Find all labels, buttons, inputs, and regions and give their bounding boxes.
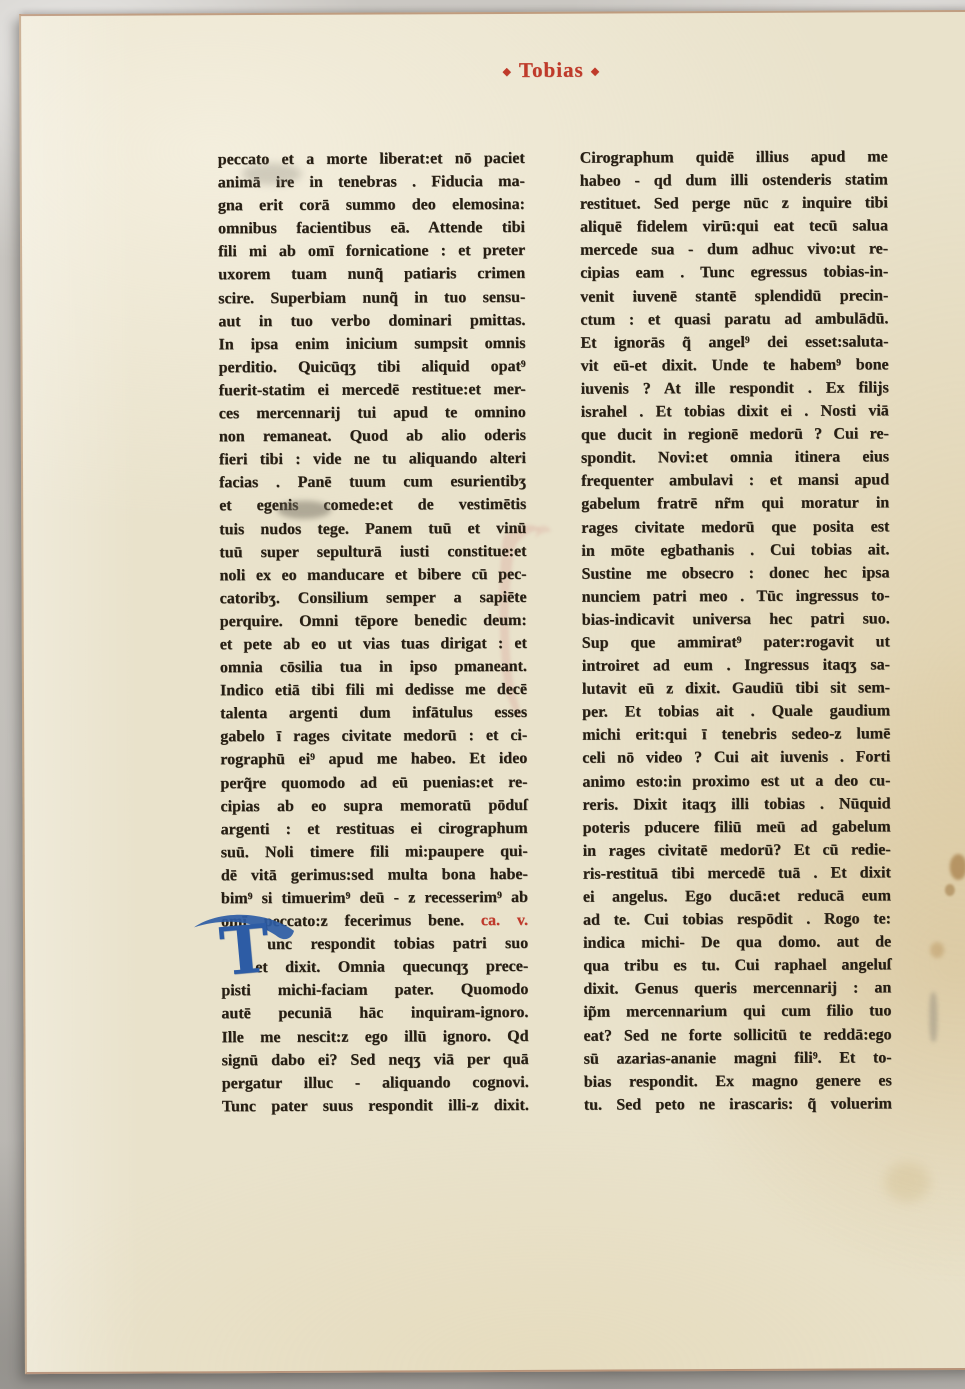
- text-line: bias respondit. Ex magno genere es: [584, 1069, 892, 1093]
- text-line: fili mi ab omī fornicatione : et preter: [218, 239, 525, 263]
- text-line: non remaneat. Quod ab alio oderis: [219, 424, 526, 448]
- text-line: cipias ab eo supra memoratū pōduſ: [220, 793, 527, 817]
- text-line: rographū ei⁹ apud me habeo. Et ideo: [220, 747, 527, 771]
- text-line: pergatur illuc - aliquando cognovi.: [222, 1071, 529, 1095]
- text-line: que ducit in regionē medorū ? Cui re-: [581, 422, 889, 446]
- foxing-stain: [945, 884, 955, 896]
- text-line: et egenis comede:et de vestimētis: [219, 493, 526, 517]
- text-line: bim⁹ si timuerim⁹ deū - z recesserim⁹ ab: [221, 886, 528, 910]
- text-line: et dixit. Omnia quecunqʒ prece-: [221, 955, 528, 979]
- text-line: venit iuvenē stantē splendidū precin-: [580, 284, 888, 308]
- text-line: suū. Noli timere fili mi:paupere qui-: [221, 840, 528, 864]
- text-line: Tunc pater suus respondit illi-z dixit.: [222, 1094, 529, 1118]
- text-line: indica michi- De qua domo. aut de: [583, 930, 891, 954]
- text-line: Cirographum quidē illius apud me: [580, 145, 888, 169]
- text-line: tu. Sed peto ne irascaris: q̃ voluerim: [584, 1092, 892, 1116]
- text-line: poteris pducere filiū meū ad gabelum: [583, 815, 891, 839]
- text-line: iuvenis ? At ille respondit . Ex filijs: [581, 376, 889, 400]
- foxing-stain: [884, 1162, 930, 1202]
- text-line: sū azarias-ananie magni fili⁹. Et to-: [584, 1046, 892, 1070]
- text-line: celi nō video ? Cui ait iuvenis . Forti: [582, 746, 890, 770]
- text-line: per. Et tobias ait . Quale gaudium: [582, 700, 890, 724]
- text-line: rages civitate medorū que posita est: [581, 515, 889, 539]
- text-line: aut in tuo verbo dominari pmittas.: [218, 309, 525, 333]
- text-line: ad te. Cui tobias respōdit . Rogo te:: [583, 907, 891, 931]
- text-line: In ipsa enim inicium sumpsit omnis: [218, 332, 525, 356]
- text-line: omī peccato:z fecerimus bene. ca. v.: [221, 909, 528, 933]
- text-line: gabelo ī rages civitate medorū : et ci-: [220, 724, 527, 748]
- faint-smudge: [242, 163, 302, 185]
- manuscript-leaf: ◆Tobias◆ peccato et a morte liberat:et n…: [19, 10, 965, 1374]
- text-line: gna erit corā summo deo elemosina:: [218, 193, 525, 217]
- text-line: noli ex eo manducare et bibere cū pec-: [219, 563, 526, 587]
- text-line: Sup que ammirat⁹ pater:rogavit ut: [582, 630, 890, 654]
- text-line: gabelum fratrē nr̃m qui moratur in: [581, 492, 889, 516]
- text-line: catoribʒ. Consilium semper a sapiēte: [220, 586, 527, 610]
- text-column-left: peccato et a morte liberat:et nō pacieta…: [218, 147, 529, 1118]
- text-line: israhel . Et tobias dixit ei . Nosti viā: [581, 399, 889, 423]
- text-line: nunciem patri meo . Tūc ingressus to-: [582, 584, 890, 608]
- text-line: Ille me nescit:z ego illū ignoro. Qd: [221, 1024, 528, 1048]
- text-line: argenti : et restituas ei cirographum: [221, 817, 528, 841]
- diamond-ornament-icon: ◆: [584, 66, 608, 78]
- text-line: dixit. Genus queris mercennarij : an: [583, 977, 891, 1001]
- text-line: aliquē fidelem virū:qui eat tecū salua: [580, 215, 888, 239]
- text-line: tuū super sepulturā iusti constitue:et: [219, 539, 526, 563]
- text-line: bias-indicavit universa hec patri suo.: [582, 607, 890, 631]
- text-line: vit eū-et dixit. Unde te habem⁹ bone: [581, 353, 889, 377]
- text-line: dē vitā gerimus:sed multa bona habe-: [221, 863, 528, 887]
- text-line: cipias eam . Tunc egressus tobias-in-: [580, 261, 888, 285]
- text-line: restituet. Sed perge nūc z inquire tibi: [580, 191, 888, 215]
- text-line: ei angelus. Ego ducā:et reducā eum: [583, 884, 891, 908]
- text-line: ces mercennarij tui apud te omnino: [219, 401, 526, 425]
- text-line: autē pecuniā hāc inquiram-ignoro.: [221, 1001, 528, 1025]
- text-line: pisti michi-faciam pater. Quomodo: [221, 978, 528, 1002]
- text-line: animo esto:in proximo est ut a deo cu-: [582, 769, 890, 793]
- text-line: in mōte egbathanis . Cui tobias ait.: [581, 538, 889, 562]
- text-line: et pete ab eo ut vias tuas dirigat : et: [220, 632, 527, 656]
- text-line: uxorem tuam nunq̃ patiaris crimen: [218, 262, 525, 286]
- text-line: Indico etiā tibi fili mi dedisse me decē: [220, 678, 527, 702]
- running-header-title: Tobias: [519, 58, 584, 82]
- text-line: omnibus facientibus eā. Attende tibi: [218, 216, 525, 240]
- text-line: mercede sua - dum adhuc vivo:ut re-: [580, 238, 888, 262]
- text-line: Sustine me obsecro : donec hec ipsa: [581, 561, 889, 585]
- running-header: ◆Tobias◆: [495, 58, 607, 83]
- foxing-stain: [930, 942, 944, 958]
- text-line: fuerit-statim ei mercedē restitue:et mer…: [219, 378, 526, 402]
- text-line: michi erit:qui ī tenebris sedeo-z lumē: [582, 723, 890, 747]
- foxing-stain: [950, 854, 965, 880]
- text-line: frequenter ambulavi : et mansi apud: [581, 469, 889, 493]
- chapter-marker: ca. v.: [481, 912, 528, 929]
- text-line: habeo - qd dum illi ostenderis statim: [580, 168, 888, 192]
- text-line: reris. Dixit itaqʒ illi tobias . Nūquid: [582, 792, 890, 816]
- text-line: lutavit eū z dixit. Gaudiū tibi sit sem-: [582, 676, 890, 700]
- gray-mark: [929, 992, 937, 1042]
- diamond-ornament-icon: ◆: [495, 66, 519, 78]
- text-line: scire. Superbiam nunq̃ in tuo sensu-: [218, 285, 525, 309]
- photo-background: { "header": { "title": "Tobias", "orname…: [0, 0, 965, 1389]
- text-line: introiret ad eum . Ingressus itaqʒ sa-: [582, 653, 890, 677]
- text-line: fieri tibi : vide ne tu aliquando alteri: [219, 447, 526, 471]
- text-line: qua tribu es tu. Cui raphael angeluſ: [583, 954, 891, 978]
- text-line: ip̃m mercennarium qui cum filio tuo: [583, 1000, 891, 1024]
- text-column-right: Cirographum quidē illius apud mehabeo - …: [580, 145, 892, 1116]
- text-line: perditio. Quicūqʒ tibi aliquid opat⁹: [219, 355, 526, 379]
- text-line: Et ignorās q̃ angel⁹ dei esset:saluta-: [580, 330, 888, 354]
- text-line: tuis nudos tege. Panem tuū et vinū: [219, 516, 526, 540]
- text-line: in rages civitatē medorū? Et cū redie-: [583, 838, 891, 862]
- text-line: omnia cōsilia tua in ipso pmaneant.: [220, 655, 527, 679]
- text-line: spondit. Novi:et omnia itinera eius: [581, 446, 889, 470]
- text-line: perquire. Omni tēpore benedic deum:: [220, 609, 527, 633]
- text-line: ris-restituā tibi mercedē tuā . Et dixit: [583, 861, 891, 885]
- text-line: perq̃re quomodo ad eū puenias:et re-: [220, 770, 527, 794]
- text-line: ctum : et quasi paratu ad ambulādū.: [580, 307, 888, 331]
- text-line: talenta argenti dum infātulus esses: [220, 701, 527, 725]
- text-line: eat? Sed ne forte sollicitū te reddā:ego: [583, 1023, 891, 1047]
- text-line: signū dabo ei? Sed neqʒ viā per quā: [222, 1048, 529, 1072]
- text-line: facias . Panē tuum cum esurientibʒ: [219, 470, 526, 494]
- text-line: unc respondit tobias patri suo: [221, 932, 528, 956]
